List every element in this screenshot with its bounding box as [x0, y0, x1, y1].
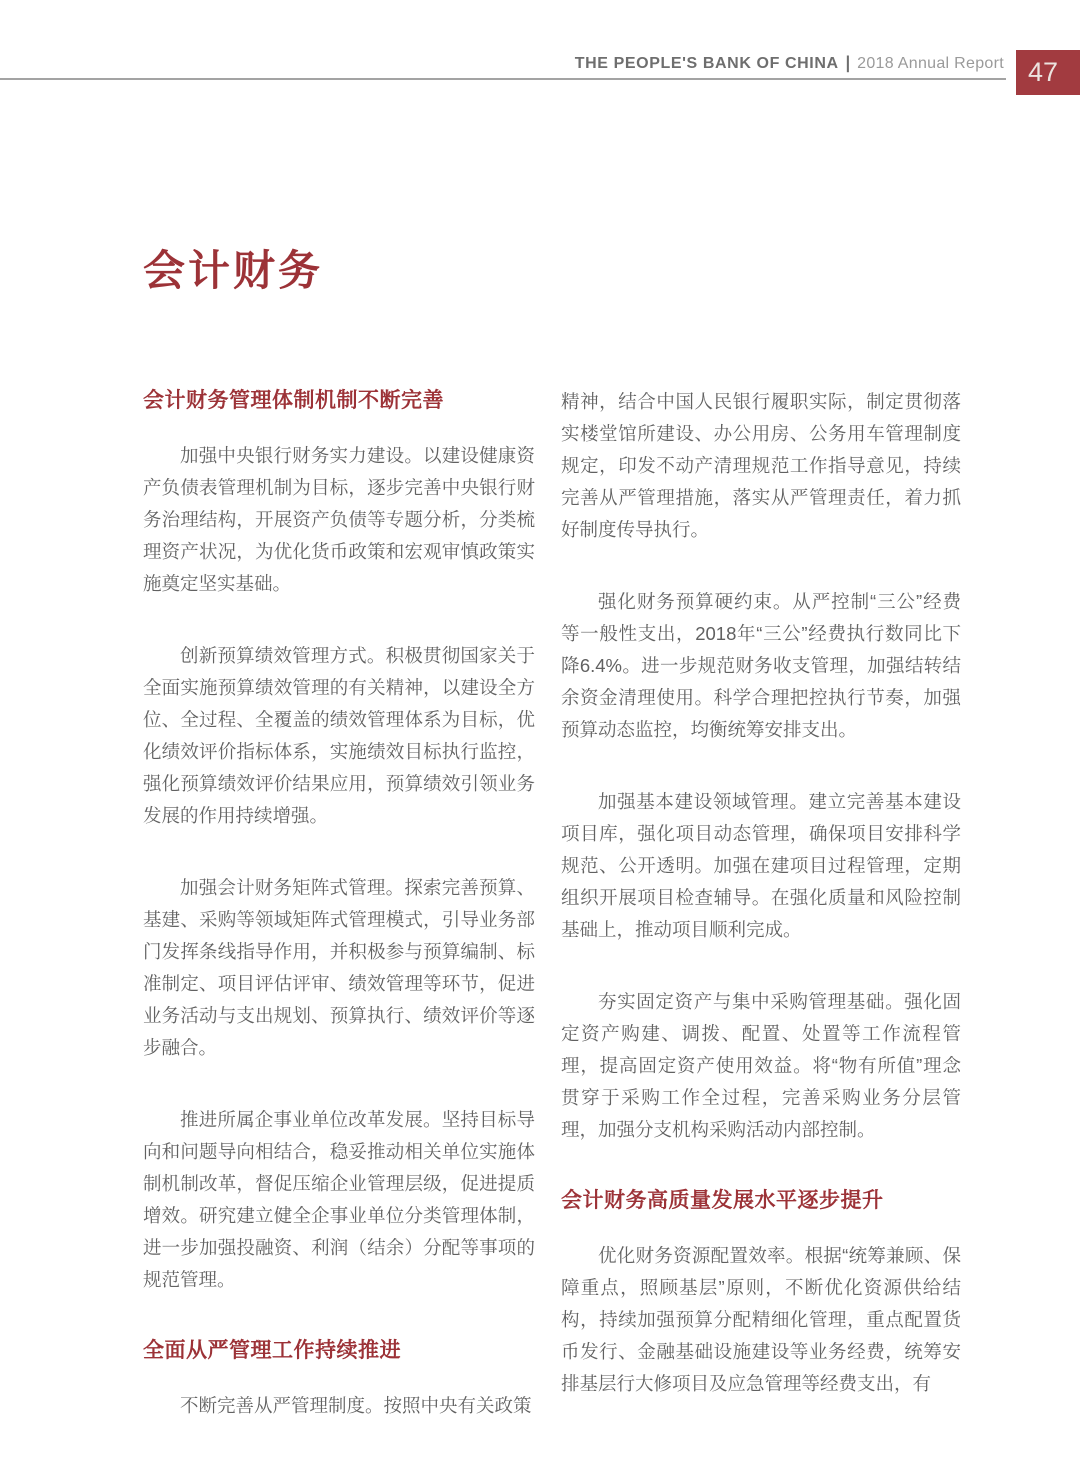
body-paragraph: 推进所属企事业单位改革发展。坚持目标导向和问题导向相结合，稳妥推动相关单位实施体… — [143, 1104, 535, 1296]
body-paragraph: 强化财务预算硬约束。从严控制“三公”经费等一般性支出，2018年“三公”经费执行… — [561, 586, 961, 746]
page-number-badge: 47 — [1016, 50, 1080, 95]
right-column: 精神，结合中国人民银行履职实际，制定贯彻落实楼堂馆所建设、办公用房、公务用车管理… — [561, 386, 961, 1440]
page-title: 会计财务 — [143, 246, 323, 296]
body-paragraph: 精神，结合中国人民银行履职实际，制定贯彻落实楼堂馆所建设、办公用房、公务用车管理… — [561, 386, 961, 546]
body-paragraph: 优化财务资源配置效率。根据“统筹兼顾、保障重点，照顾基层”原则，不断优化资源供给… — [561, 1240, 961, 1400]
body-paragraph: 夯实固定资产与集中采购管理基础。强化固定资产购建、调拨、配置、处置等工作流程管理… — [561, 986, 961, 1146]
bank-name: THE PEOPLE'S BANK OF CHINA — [575, 55, 839, 73]
body-paragraph: 创新预算绩效管理方式。积极贯彻国家关于全面实施预算绩效管理的有关精神，以建设全方… — [143, 640, 535, 832]
report-name: 2018 Annual Report — [857, 55, 1004, 73]
section-heading: 全面从严管理工作持续推进 — [143, 1336, 535, 1366]
report-page: THE PEOPLE'S BANK OF CHINA | 2018 Annual… — [0, 0, 1080, 1468]
section-heading: 会计财务高质量发展水平逐步提升 — [561, 1186, 961, 1216]
page-header: THE PEOPLE'S BANK OF CHINA | 2018 Annual… — [575, 50, 1004, 78]
left-column: 会计财务管理体制机制不断完善加强中央银行财务实力建设。以建设健康资产负债表管理机… — [143, 386, 535, 1462]
section-heading: 会计财务管理体制机制不断完善 — [143, 386, 535, 416]
header-rule — [0, 78, 1006, 80]
body-paragraph: 加强基本建设领域管理。建立完善基本建设项目库，强化项目动态管理，确保项目安排科学… — [561, 786, 961, 946]
body-paragraph: 不断完善从严管理制度。按照中央有关政策 — [143, 1390, 535, 1422]
body-paragraph: 加强中央银行财务实力建设。以建设健康资产负债表管理机制为目标，逐步完善中央银行财… — [143, 440, 535, 600]
body-paragraph: 加强会计财务矩阵式管理。探索完善预算、基建、采购等领域矩阵式管理模式，引导业务部… — [143, 872, 535, 1064]
header-separator: | — [846, 54, 850, 74]
